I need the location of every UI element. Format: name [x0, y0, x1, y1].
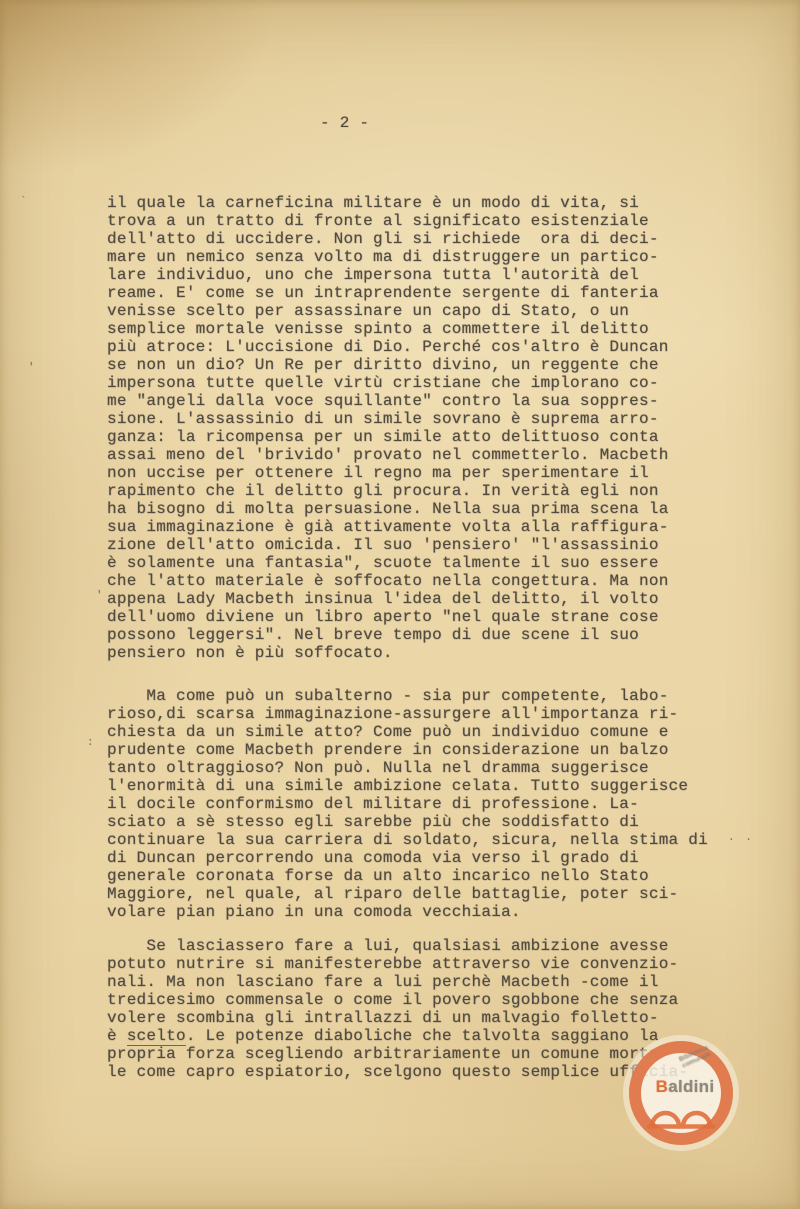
- scanned-page: - 2 - il quale la carneficina militare è…: [0, 0, 800, 1209]
- paragraph: Ma come può un subalterno - sia pur comp…: [107, 687, 737, 921]
- library-stamp: Biblioteca comunale Baldini: [629, 1041, 733, 1145]
- scan-artifact: ': [28, 362, 37, 374]
- stamp-name-initial: B: [656, 1077, 669, 1096]
- page-number: - 2 -: [320, 114, 369, 132]
- document-text: il quale la carneficina militare è un mo…: [107, 194, 737, 1081]
- scan-artifact: :: [87, 737, 96, 749]
- scan-artifact: `: [20, 196, 29, 208]
- stamp-name-rest: aldini: [668, 1077, 714, 1096]
- open-book-icon: [647, 1098, 715, 1130]
- stamp-small-text: Biblioteca comunale: [665, 1038, 726, 1075]
- scan-artifact: . .: [728, 832, 754, 844]
- scan-artifact: ': [96, 590, 105, 602]
- paragraph: il quale la carneficina militare è un mo…: [107, 194, 737, 662]
- stamp-name: Baldini: [641, 1077, 721, 1097]
